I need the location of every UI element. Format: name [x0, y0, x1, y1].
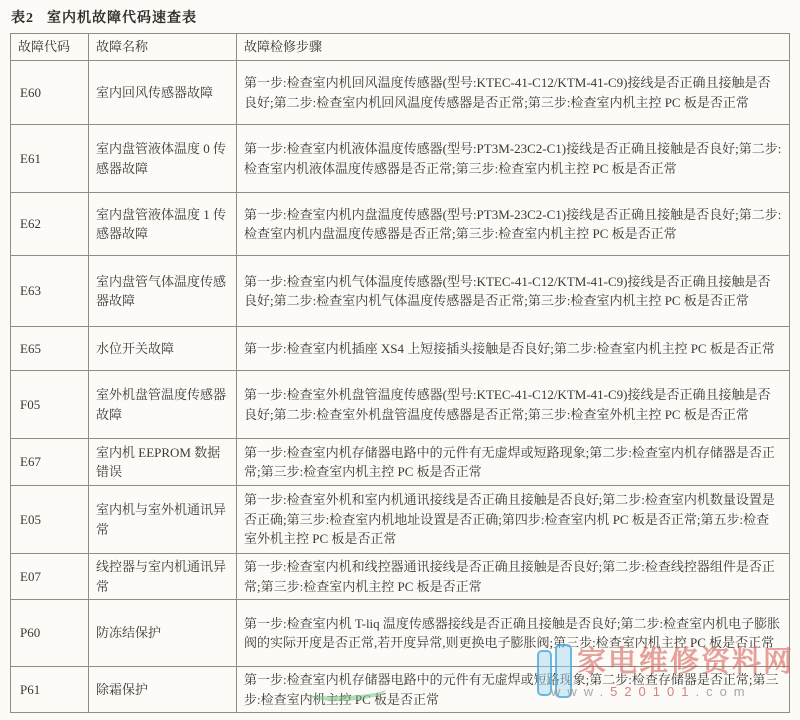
fault-code-cell: E63	[11, 256, 89, 327]
fault-code-cell: E60	[11, 61, 89, 125]
fault-steps-cell: 第一步:检查室内机存储器电路中的元件有无虚焊或短路现象;第二步:检查室内机存储器…	[237, 439, 790, 486]
fault-steps-cell: 第一步:检查室外机盘管温度传感器(型号:KTEC-41-C12/KTM-41-C…	[237, 371, 790, 439]
fault-code-cell: E05	[11, 486, 89, 554]
fault-steps-cell: 第一步:检查室外机和室内机通讯接线是否正确且接触是否良好;第二步:检查室内机数量…	[237, 486, 790, 554]
table-row: E05室内机与室外机通讯异常第一步:检查室外机和室内机通讯接线是否正确且接触是否…	[11, 486, 790, 554]
fault-name-cell: 室内机与室外机通讯异常	[89, 486, 237, 554]
table-caption: 表2室内机故障代码速查表	[11, 7, 197, 27]
page-title: 室内机故障代码速查表	[47, 11, 197, 26]
fault-name-cell: 线控器与室内机通讯异常	[89, 554, 237, 600]
fault-name-cell: 水位开关故障	[89, 327, 237, 371]
fault-name-cell: 防冻结保护	[89, 600, 237, 667]
table-row: E60室内回风传感器故障第一步:检查室内机回风温度传感器(型号:KTEC-41-…	[11, 61, 790, 125]
fault-name-cell: 室内盘管气体温度传感器故障	[89, 256, 237, 327]
table-row: P61除霜保护第一步:检查室内机存储器电路中的元件有无虚焊或短路现象;第二步:检…	[11, 667, 790, 713]
fault-steps-cell: 第一步:检查室内机存储器电路中的元件有无虚焊或短路现象;第二步:检查存储器是否正…	[237, 667, 790, 713]
table-row: E07线控器与室内机通讯异常第一步:检查室内机和线控器通讯接线是否正确且接触是否…	[11, 554, 790, 600]
fault-steps-cell: 第一步:检查室内机 T-liq 温度传感器接线是否正确且接触是否良好;第二步:检…	[237, 600, 790, 667]
fault-steps-cell: 第一步:检查室内机液体温度传感器(型号:PT3M-23C2-C1)接线是否正确且…	[237, 125, 790, 193]
scanned-document-page: 表2室内机故障代码速查表 故障代码 故障名称 故障检修步骤 E60室内回风传感器…	[0, 0, 800, 720]
fault-code-cell: F05	[11, 371, 89, 439]
fault-code-cell: E67	[11, 439, 89, 486]
fault-code-cell: E62	[11, 193, 89, 256]
header-fault-steps: 故障检修步骤	[237, 34, 790, 61]
fault-name-cell: 室外机盘管温度传感器故障	[89, 371, 237, 439]
fault-steps-cell: 第一步:检查室内机内盘温度传感器(型号:PT3M-23C2-C1)接线是否正确且…	[237, 193, 790, 256]
fault-code-cell: E61	[11, 125, 89, 193]
fault-steps-cell: 第一步:检查室内机插座 XS4 上短接插头接触是否良好;第二步:检查室内机主控 …	[237, 327, 790, 371]
table-row: E65水位开关故障第一步:检查室内机插座 XS4 上短接插头接触是否良好;第二步…	[11, 327, 790, 371]
fault-code-cell: P61	[11, 667, 89, 713]
table-row: E63室内盘管气体温度传感器故障第一步:检查室内机气体温度传感器(型号:KTEC…	[11, 256, 790, 327]
table-row: E67室内机 EEPROM 数据错误第一步:检查室内机存储器电路中的元件有无虚焊…	[11, 439, 790, 486]
table-row: F05室外机盘管温度传感器故障第一步:检查室外机盘管温度传感器(型号:KTEC-…	[11, 371, 790, 439]
fault-steps-cell: 第一步:检查室内机回风温度传感器(型号:KTEC-41-C12/KTM-41-C…	[237, 61, 790, 125]
fault-code-cell: E07	[11, 554, 89, 600]
table-row: E62室内盘管液体温度 1 传感器故障第一步:检查室内机内盘温度传感器(型号:P…	[11, 193, 790, 256]
fault-name-cell: 室内盘管液体温度 0 传感器故障	[89, 125, 237, 193]
table-row: E61室内盘管液体温度 0 传感器故障第一步:检查室内机液体温度传感器(型号:P…	[11, 125, 790, 193]
fault-name-cell: 室内机 EEPROM 数据错误	[89, 439, 237, 486]
table-row: P60防冻结保护第一步:检查室内机 T-liq 温度传感器接线是否正确且接触是否…	[11, 600, 790, 667]
header-fault-code: 故障代码	[11, 34, 89, 61]
fault-steps-cell: 第一步:检查室内机和线控器通讯接线是否正确且接触是否良好;第二步:检查线控器组件…	[237, 554, 790, 600]
fault-code-cell: P60	[11, 600, 89, 667]
table-header-row: 故障代码 故障名称 故障检修步骤	[11, 34, 790, 61]
fault-name-cell: 室内盘管液体温度 1 传感器故障	[89, 193, 237, 256]
table-number-label: 表2	[11, 11, 34, 26]
fault-steps-cell: 第一步:检查室内机气体温度传感器(型号:KTEC-41-C12/KTM-41-C…	[237, 256, 790, 327]
fault-code-cell: E65	[11, 327, 89, 371]
header-fault-name: 故障名称	[89, 34, 237, 61]
fault-code-table: 故障代码 故障名称 故障检修步骤 E60室内回风传感器故障第一步:检查室内机回风…	[10, 33, 790, 713]
fault-name-cell: 除霜保护	[89, 667, 237, 713]
fault-name-cell: 室内回风传感器故障	[89, 61, 237, 125]
